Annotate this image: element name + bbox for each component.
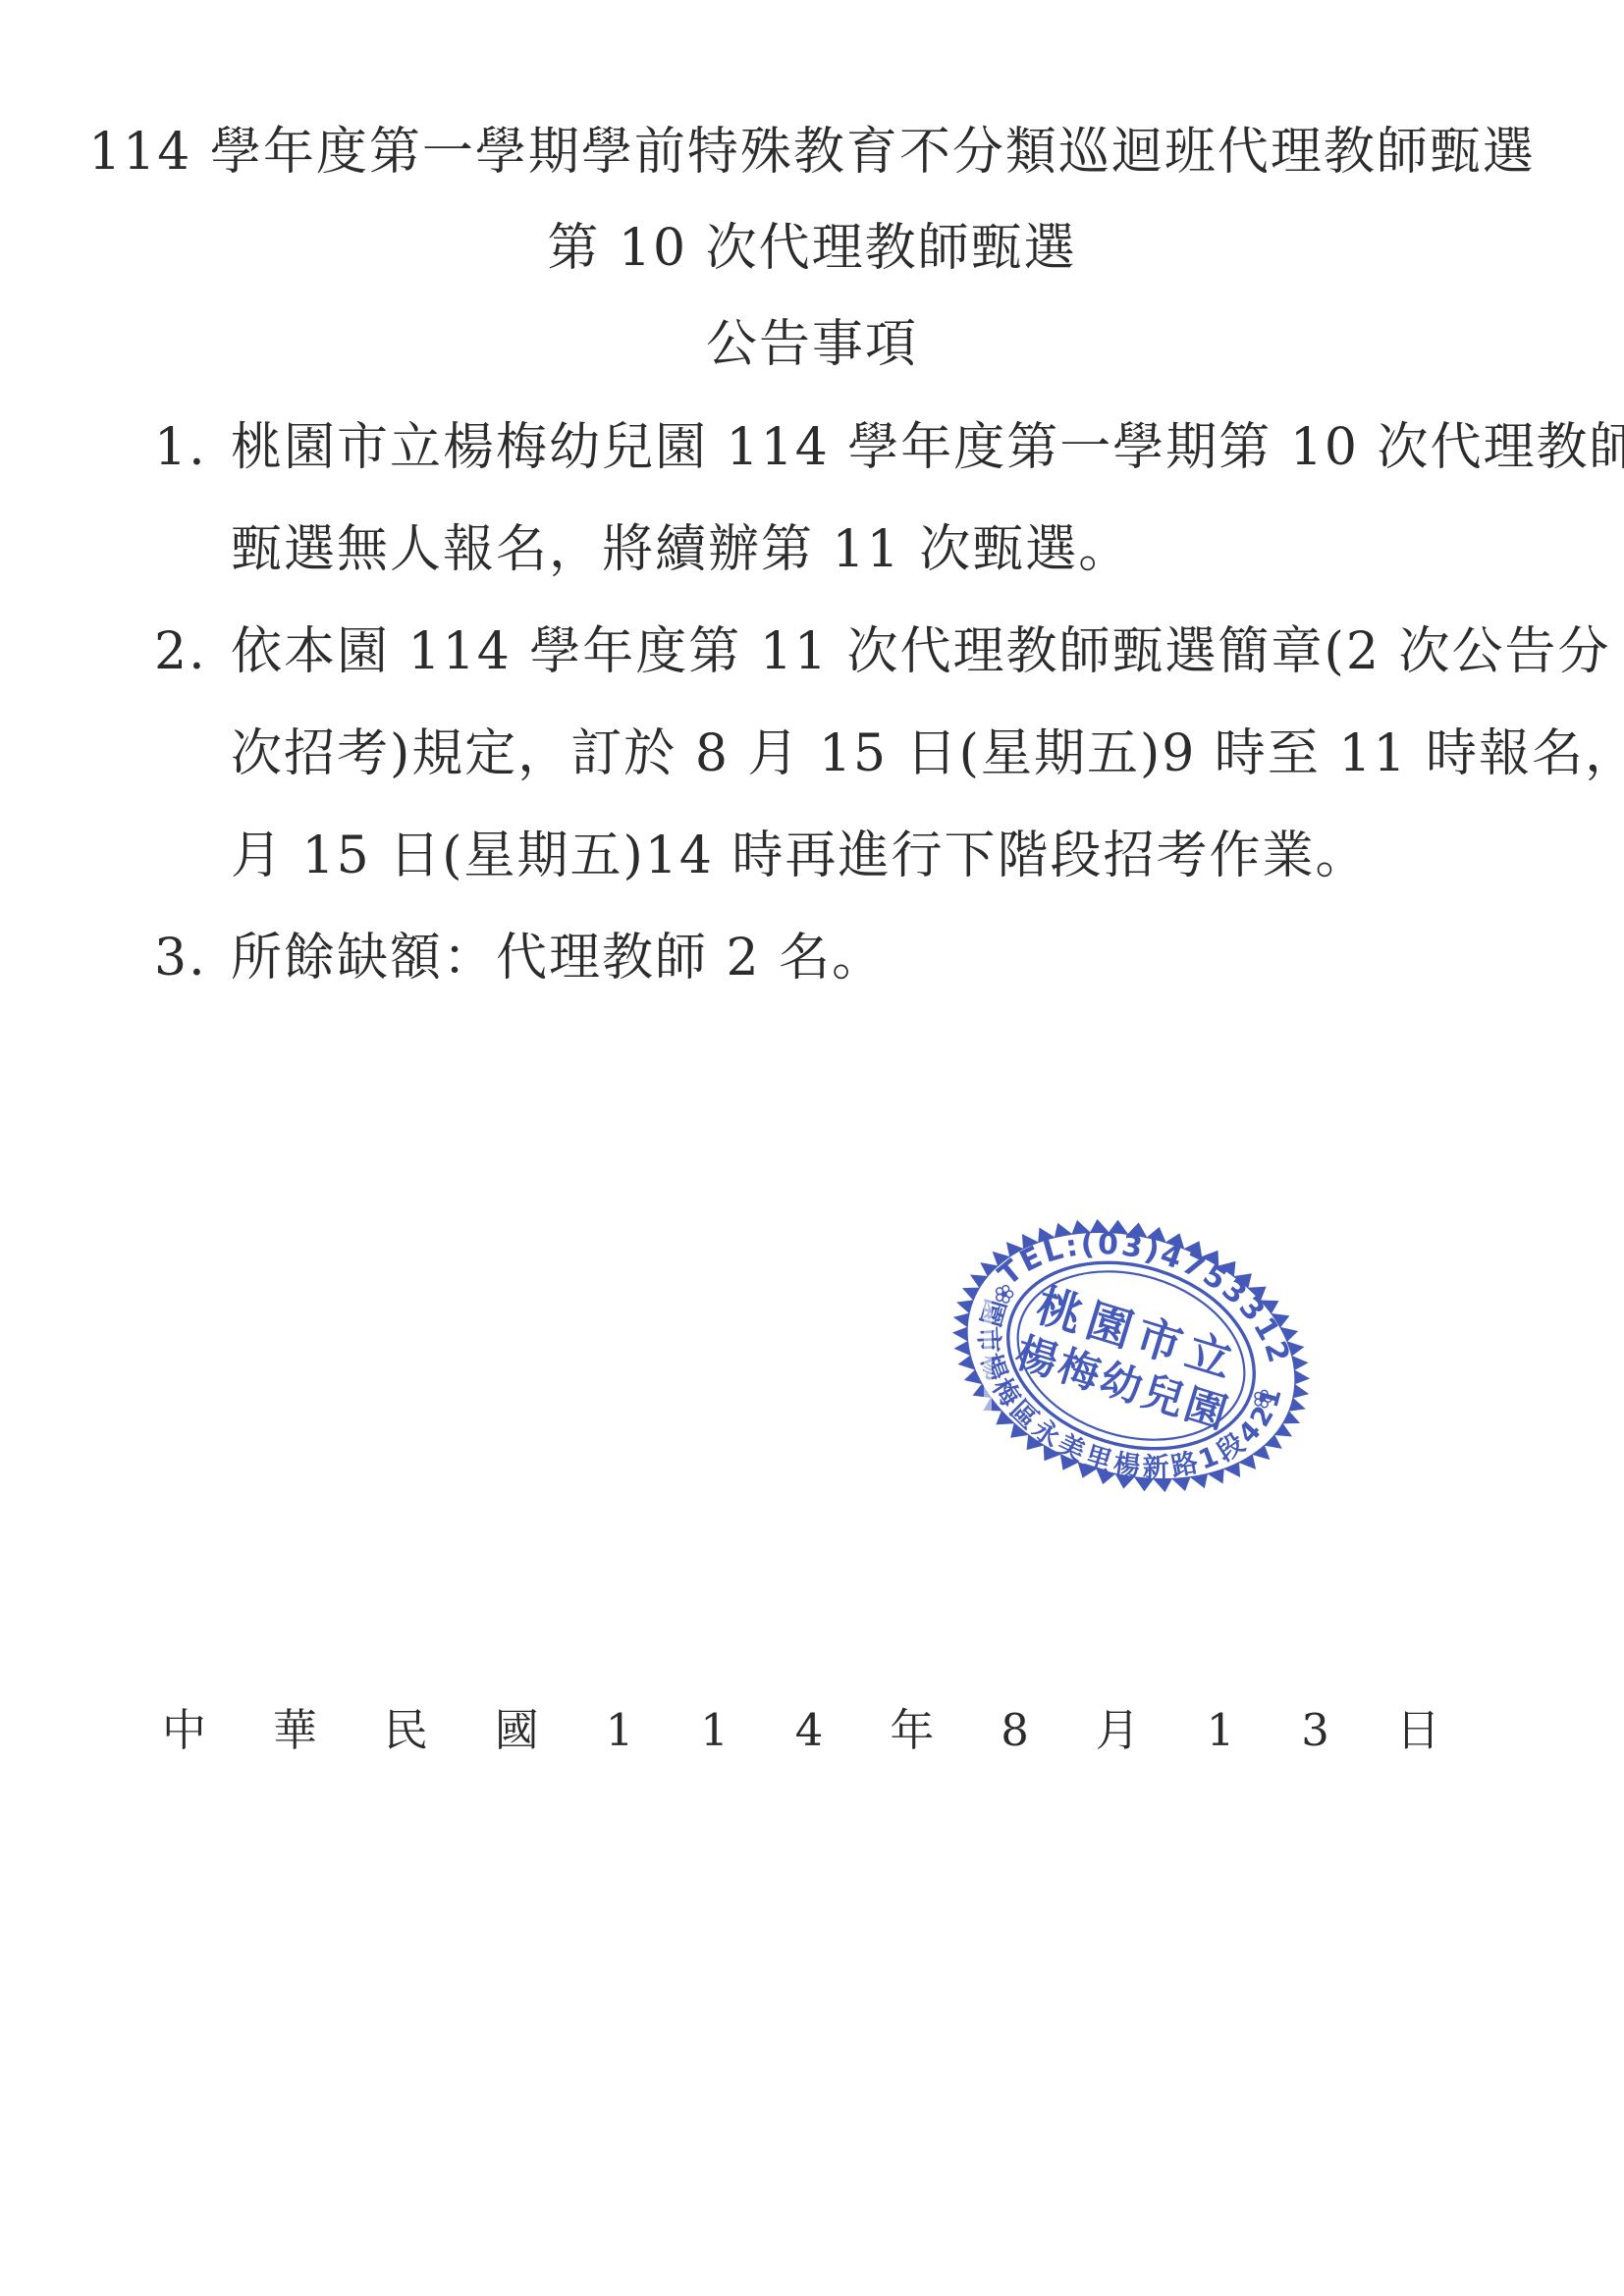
date-char: 華: [273, 1704, 317, 1757]
announcement-items: 1. 桃園市立楊梅幼兒園 114 學年度第一學期第 10 次代理教師 甄選無人報…: [154, 418, 1529, 1031]
item-3-number: 3.: [154, 929, 207, 988]
date-char: 民: [384, 1704, 428, 1757]
date-char: 8: [1001, 1704, 1029, 1757]
item-2-text-3: 月 15 日(星期五)14 時再進行下階段招考作業。: [231, 827, 1369, 885]
item-2-number: 2.: [154, 622, 207, 681]
date-char: 1: [1207, 1704, 1235, 1757]
document-title-line1: 114 學年度第一學期學前特殊教育不分類巡迴班代理教師甄選: [0, 122, 1624, 183]
item-2-line-2: 次招考)規定，訂於 8 月 15 日(星期五)9 時至 11 時報名，8: [154, 724, 1529, 827]
date-char: 1: [606, 1704, 634, 1757]
item-1-text-1: 桃園市立楊梅幼兒園 114 學年度第一學期第 10 次代理教師: [231, 418, 1624, 477]
date-char: 年: [890, 1704, 934, 1757]
date-char: 國: [495, 1704, 539, 1757]
item-3-line-1: 3. 所餘缺額：代理教師 2 名。: [154, 929, 1529, 1031]
item-3-text-1: 所餘缺額：代理教師 2 名。: [231, 929, 885, 988]
item-1-number: 1.: [154, 418, 207, 477]
item-2-text-2: 次招考)規定，訂於 8 月 15 日(星期五)9 時至 11 時報名，8: [231, 724, 1624, 783]
item-2-line-1: 2. 依本園 114 學年度第 11 次代理教師甄選簡章(2 次公告分 7: [154, 622, 1529, 724]
stamp-svg: TEL:(03)4753312 桃園市立 楊梅幼兒園 桃園市楊梅區永美里楊新路1…: [938, 1203, 1326, 1508]
date-char: 1: [700, 1704, 729, 1757]
kindergarten-seal-stamp: TEL:(03)4753312 桃園市立 楊梅幼兒園 桃園市楊梅區永美里楊新路1…: [938, 1203, 1326, 1508]
item-1-text-2: 甄選無人報名，將續辦第 11 次甄選。: [231, 520, 1131, 579]
item-1-line-1: 1. 桃園市立楊梅幼兒園 114 學年度第一學期第 10 次代理教師: [154, 418, 1529, 520]
date-char: 日: [1396, 1704, 1440, 1757]
document-title-line3: 公告事項: [0, 314, 1624, 375]
date-char: 月: [1096, 1704, 1140, 1757]
announcement-page: 114 學年度第一學期學前特殊教育不分類巡迴班代理教師甄選 第 10 次代理教師…: [0, 0, 1624, 2296]
item-1-line-2: 甄選無人報名，將續辦第 11 次甄選。: [154, 520, 1529, 622]
date-char: 中: [162, 1704, 206, 1757]
item-2-line-3: 月 15 日(星期五)14 時再進行下階段招考作業。: [154, 827, 1529, 929]
date-char: 4: [795, 1704, 824, 1757]
date-char: 3: [1301, 1704, 1329, 1757]
document-title-line2: 第 10 次代理教師甄選: [0, 218, 1624, 279]
stamp-ink-void-streak: [984, 1297, 992, 1505]
item-2-text-1: 依本園 114 學年度第 11 次代理教師甄選簡章(2 次公告分 7: [231, 622, 1624, 681]
date-line: 中 華 民 國 1 1 4 年 8 月 1 3 日: [162, 1704, 1440, 1757]
